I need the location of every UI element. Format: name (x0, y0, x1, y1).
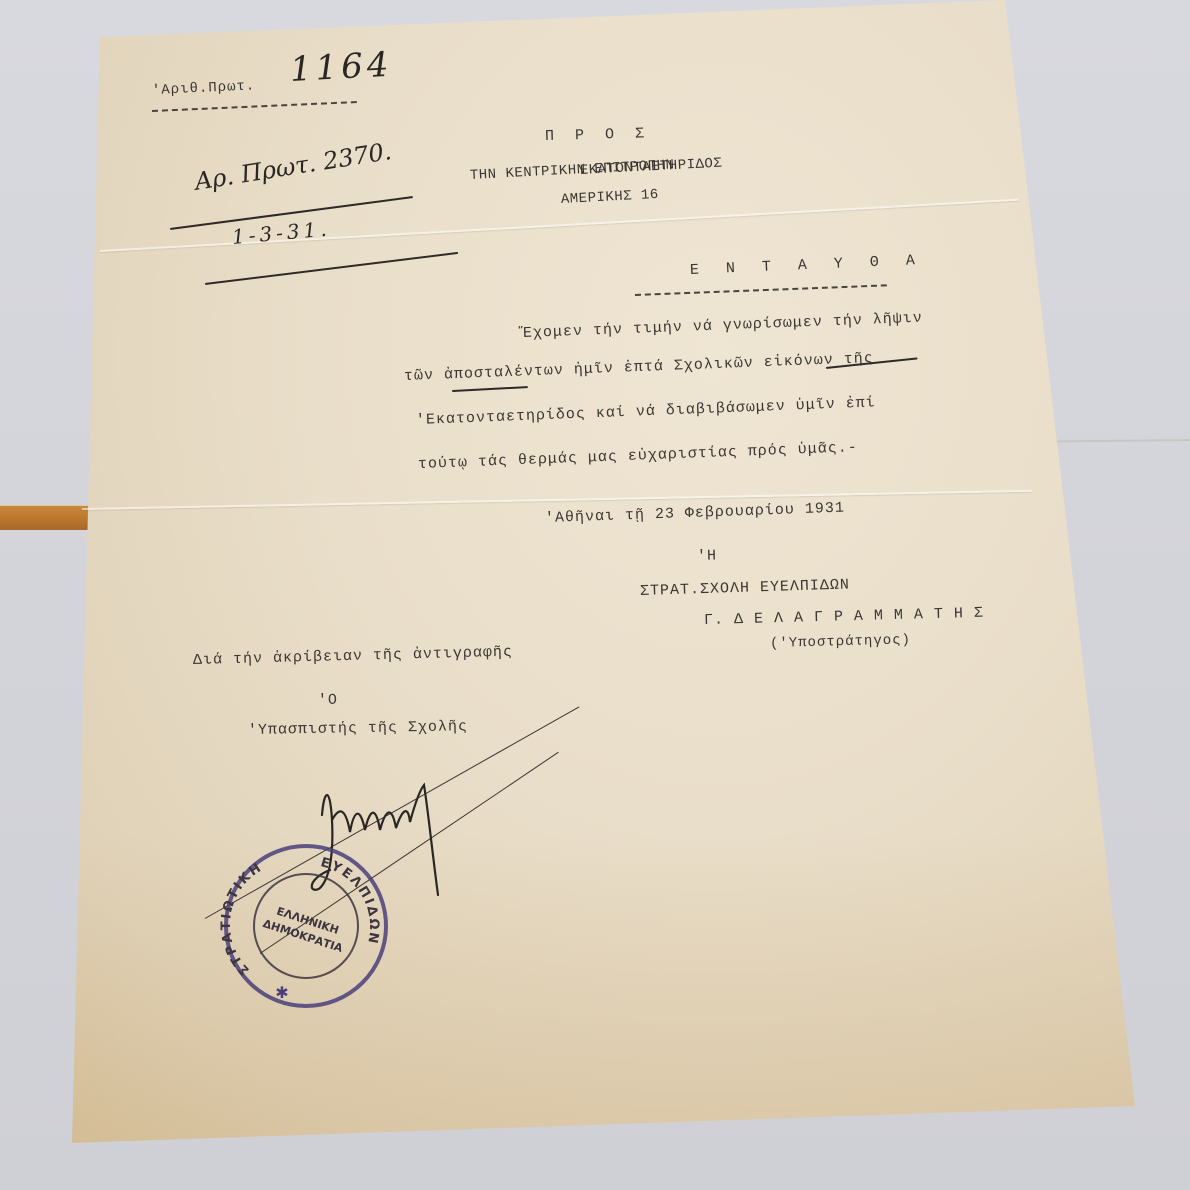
body-line-2: τῶν ἀποσταλέντων ἡμῖν ἑπτά Σχολικῶν εἰκό… (404, 350, 874, 385)
signatory-institution: ΣΤΡΑΤ.ΣΧΟΛΗ ΕΥΕΛΠΙΔΩΝ (640, 576, 850, 600)
svg-text:ΣΤΡΑΤΙΩΤΙΚΗ: ΣΤΡΑΤΙΩΤΙΚΗ (220, 860, 265, 978)
stamp-star-icon: ✱ (275, 983, 288, 1002)
location-heading: Ε Ν Τ Α Υ Θ Α (690, 252, 925, 279)
addressee-line-3: ΑΜΕΡΙΚΗΣ 16 (561, 187, 660, 208)
addressee-line-2: ΕΚΑΤΟΝΤΑΕΤΗΡΙΔΟΣ (580, 156, 723, 179)
protocol-label: 'Αριθ.Πρωτ. (152, 78, 256, 99)
certification-line-2: 'Υπασπιστής τῆς Σχολῆς (248, 718, 468, 739)
body-line-1: Ἔχομεν τήν τιμήν νά γνωρίσωμεν τήν λῆψιν (523, 310, 923, 342)
official-stamp: ΣΤΡΑΤΙΩΤΙΚΗ ΕΥΕΛΠΙΔΩΝ ΕΛΛΗΝΙΚΗ ΔΗΜΟΚΡΑΤΙ… (220, 840, 392, 1012)
handwritten-reference: Αρ. Πρωτ. 2370. (193, 137, 393, 196)
signatory-article: 'Η (697, 547, 717, 565)
protocol-underline (152, 101, 357, 112)
handwritten-date: 1-3-31. (231, 216, 331, 249)
signatory-rank: ('Υποστράτηγος) (770, 632, 911, 652)
date-line: 'Αθῆναι τῇ 23 Φεβρουαρίου 1931 (545, 500, 845, 527)
body-line-3: 'Εκατονταετηρίδος καί νά διαβιβάσωμεν ὑμ… (416, 394, 876, 429)
signatory-name: Γ. Δ Ε Λ Α Γ Ρ Α Μ Μ Α Τ Η Σ (704, 605, 984, 629)
stamp-outer-text-left: ΣΤΡΑΤΙΩΤΙΚΗ (220, 860, 265, 978)
addressee-to: Π Ρ Ο Σ (545, 125, 650, 145)
certification-line-1: Διά τήν ἀκρίβειαν τῆς ἀντιγραφῆς (193, 644, 513, 669)
handwritten-underline-2 (205, 252, 458, 285)
body-line-4: τούτῳ τάς θερμάς μας εὐχαριστίας πρός ὑμ… (418, 439, 858, 473)
underline-apostalenton (452, 386, 528, 392)
letter-document: 'Αριθ.Πρωτ. 1164 Αρ. Πρωτ. 2370. 1-3-31.… (0, 0, 1190, 1190)
certification-article: 'Ο (318, 692, 338, 709)
protocol-number-handwritten: 1164 (289, 45, 393, 90)
location-underline (635, 284, 887, 296)
